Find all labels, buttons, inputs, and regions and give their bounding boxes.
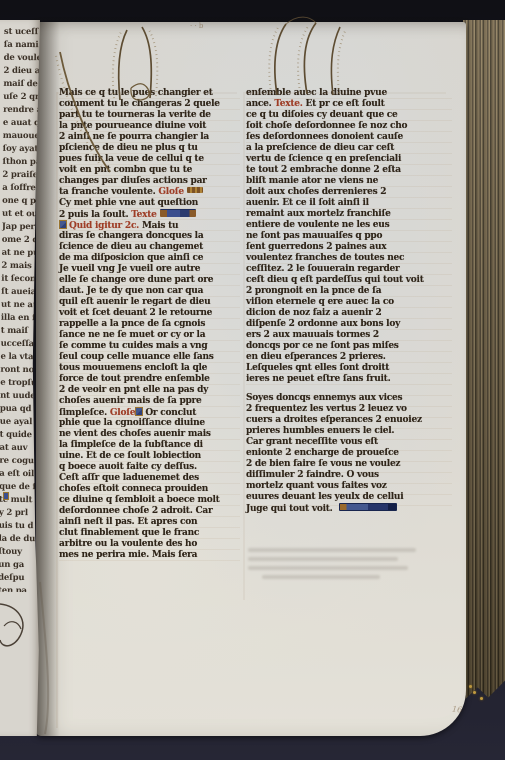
manuscript-text-line: Soyes doncqs ennemys aux vices — [246, 393, 452, 404]
text-segment: ta franche voulente. — [59, 187, 158, 197]
manuscript-text-line: ſoit choſe deſordonnee ſe noz cho — [246, 121, 452, 132]
manuscript-text-line: clut finablement que le franc — [59, 528, 240, 539]
facing-page-fragment: ue ayal — [0, 416, 37, 429]
text-segment: elle ſe change ore dune part ore — [59, 275, 213, 285]
manuscript-text-line: Mais ce q tu le pues changier et — [59, 88, 240, 99]
manuscript-text-line: ſent guerredons 2 paines aux — [246, 242, 452, 253]
manuscript-text-line: ſe comme tu cuides mais a vng — [59, 341, 240, 352]
manuscript-text-line: 2 puis la ſoult. Texte — [59, 209, 240, 220]
manuscript-text-line: 2 ainſi ne ſe pourra changier la — [59, 132, 240, 143]
rubric-word: Gloſe — [158, 187, 183, 197]
facing-page-fragment: ut ne au — [1, 299, 38, 312]
line-filler-long — [339, 503, 397, 511]
text-segment: ſcience de dieu au changemet — [59, 242, 203, 252]
facing-page-fragment: uſe 2 qn — [3, 91, 40, 104]
facing-page-fragment: 2 mais le — [1, 260, 38, 273]
manuscript-text-line: arbitre ou la voulente des ho — [59, 539, 240, 550]
manuscript-text-line: mortelz quant vous faites voz — [246, 481, 452, 492]
right-text-column: enſemble auec la diuine pvueance. Texte.… — [246, 88, 452, 514]
text-segment: q boece auoit faite cy deſſus. — [59, 462, 197, 472]
manuscript-text-line: enionte 2 encharge de proueſce — [246, 448, 452, 459]
text-segment: auenir. Et ce il ſoit ainſi il — [246, 198, 369, 208]
text-segment: ſes deſordonnees donoient cauſe — [246, 132, 403, 142]
manuscript-page: Mais ce q tu le pues changier etcomment … — [36, 22, 466, 736]
manuscript-text-line: 2 prongnoit en la pnce de ſa — [246, 286, 452, 297]
text-segment: Or conclut — [145, 408, 196, 418]
manuscript-text-line: Juge qui tout voit. — [246, 503, 452, 514]
manuscript-text-line: 2 de bien faire ſe vous ne voulez — [246, 459, 452, 470]
facing-page-fragment: ront no — [0, 364, 37, 377]
manuscript-text-line: ceſt dieu q eſt pardeſſus qui tout voit — [246, 275, 452, 286]
manuscript-text-line: 2 frequentez les vertus 2 leuez vo — [246, 404, 452, 415]
text-segment: voulentez franches de toutes nec — [246, 253, 404, 263]
facing-page-fragment: t maiſ — [1, 325, 38, 338]
facing-page-fragment: e la vta — [0, 351, 37, 364]
manuscript-text-line: cuers a droites eſperances 2 enuoiez — [246, 415, 452, 426]
facing-page-fragment: un ga — [0, 559, 35, 572]
manuscript-text-line: doncqs por ce ne ſont pas miſes — [246, 341, 452, 352]
facing-page-fragment: a ſoffret — [2, 182, 39, 195]
gilt-edge-fleck — [473, 691, 476, 694]
facing-page-fragment: ſa nami — [4, 39, 41, 52]
manuscript-text-line — [246, 385, 452, 393]
text-segment: choſes eſtoit conneca prouiden — [59, 484, 208, 494]
text-segment: enſemble auec la diuine pvue — [246, 88, 387, 98]
text-segment: ieres ne peuet eſtre ſans fruit. — [246, 374, 390, 384]
text-segment: tous mouuemens encloſt la qle — [59, 363, 207, 373]
text-segment: arbitre ou la voulente des ho — [59, 539, 197, 549]
facing-page-fragment: nt uude — [0, 390, 37, 403]
text-segment: Leſqueles qnt elles ſont droitt — [246, 363, 389, 373]
text-segment: clut finablement que le franc — [59, 528, 199, 538]
manuscript-text-line: bliſt manie ator ne viens ne — [246, 176, 452, 187]
manuscript-text-line: diſſimuler 2 faindre. O vous — [246, 470, 452, 481]
text-segment: ſimpleſce. — [59, 408, 110, 418]
manuscript-text-line: Quid igitur 2c. Mais tu — [59, 220, 240, 231]
manuscript-text-line: deſordonnee choſe 2 adroit. Car — [59, 506, 240, 517]
facing-page-edge: st uceſſſa namide voulen2 dieu a vmaiſ d… — [0, 20, 40, 736]
manuscript-text-line: rappelle a la pnce de ſa cgnois — [59, 319, 240, 330]
text-segment: ſent guerredons 2 paines aux — [246, 242, 386, 252]
manuscript-text-line: ieres ne peuet eſtre ſans fruit. — [246, 374, 452, 385]
facing-page-fragment: maiſ de — [3, 78, 40, 91]
text-segment: 2 de veoir en pnt elle na pas dy — [59, 385, 208, 395]
manuscript-text-line: voit en pnt combn que tu te — [59, 165, 240, 176]
facing-page-fragment: e auat q — [3, 117, 40, 130]
folio-number: 16 — [452, 704, 463, 714]
text-segment: ſoit choſe deſordonnee ſe noz cho — [246, 121, 407, 131]
book-fore-edge-pages — [463, 20, 505, 708]
text-segment: prieres humbles enuers le ciel. — [246, 426, 394, 436]
text-segment: Ceſt aſſr que laduenemet des — [59, 473, 199, 483]
facing-page-fragment: ſt aueia — [1, 286, 38, 299]
text-segment: dicion de noz faiz a auenir 2 — [246, 308, 382, 318]
text-segment: cuers a droites eſperances 2 enuoiez — [246, 415, 422, 425]
manuscript-text-line: ſes deſordonnees donoient cauſe — [246, 132, 452, 143]
text-segment: ceſt dieu q eſt pardeſſus qui tout voit — [246, 275, 424, 285]
manuscript-text-line: mes ne perira mie. Mais ſera — [59, 550, 240, 561]
rubric-word: Quid igitur 2c. — [69, 221, 139, 231]
manuscript-text-line: part tu te tourneras la verite de — [59, 110, 240, 121]
text-segment: rappelle a la pnce de ſa cgnois — [59, 319, 205, 329]
quire-mark: · · b — [190, 22, 203, 30]
paraph-mark — [135, 407, 143, 416]
text-segment: Mais ce q tu le pues changier et — [59, 88, 213, 98]
manuscript-text-line: pues fuir la veue de cellui q te — [59, 154, 240, 165]
text-segment: ainſi neſt il pas. Et apres con — [59, 517, 197, 527]
manuscript-text-line: te tout 2 embrache donne 2 eſta — [246, 165, 452, 176]
manuscript-text-line: entiere de voulente ne les eus — [246, 220, 452, 231]
text-segment: part tu te tourneras la verite de — [59, 110, 211, 120]
photograph-background: Mais ce q tu le pues changier etcomment … — [0, 0, 505, 760]
manuscript-text-line: 2 de veoir en pnt elle na pas dy — [59, 385, 240, 396]
facing-page-fragment: re cogut — [0, 455, 36, 468]
manuscript-text-line: Leſqueles qnt elles ſont droitt — [246, 363, 452, 374]
text-segment: bliſt manie ator ne viens ne — [246, 176, 378, 186]
left-text-column: Mais ce q tu le pues changier etcomment … — [59, 88, 240, 561]
manuscript-text-line: auenir. Et ce il ſoit ainſi il — [246, 198, 452, 209]
facing-page-fragment: at auv — [0, 442, 37, 455]
facing-page-fragment: rendre a — [3, 104, 40, 117]
manuscript-text-line: viſion eternele q ere auec la co — [246, 297, 452, 308]
facing-page-fragment: Jap perp — [2, 221, 39, 234]
text-segment: Et pr ce eſt ſoult — [303, 99, 385, 109]
manuscript-text-line: uine. Et de ce ſoult lobiection — [59, 451, 240, 462]
manuscript-text-line: prieres humbles enuers le ciel. — [246, 426, 452, 437]
line-filler-gold — [187, 187, 203, 193]
text-segment: voit en pnt combn que tu te — [59, 165, 192, 175]
facing-page-blue-initial — [3, 492, 9, 500]
text-segment: mes ne perira mie. Mais ſera — [59, 550, 197, 560]
gilt-edge-fleck — [480, 697, 483, 700]
text-segment: ſance ne ne ſe muet or cy or la — [59, 330, 205, 340]
manuscript-text-line: voit et ſcet deuant 2 le retourne — [59, 308, 240, 319]
text-segment: 2 prongnoit en la pnce de ſa — [246, 286, 381, 296]
text-segment: daut. Je te dy que non car qua — [59, 286, 203, 296]
text-segment: 2 de bien faire ſe vous ne voulez — [246, 459, 400, 469]
text-segment: ce q tu diſoies cy deuant que ce — [246, 110, 398, 120]
manuscript-text-line: ſeul coup celle muance elle ſans — [59, 352, 240, 363]
manuscript-text-line: ers 2 aux mauuais tormes 2 — [246, 330, 452, 341]
manuscript-text-line: remaint aux mortelz franchiſe — [246, 209, 452, 220]
facing-page-fragment: one q pu — [2, 195, 39, 208]
text-segment: la pnte pourueance diuine voit — [59, 121, 206, 131]
text-segment: ſeul coup celle muance elle ſans — [59, 352, 214, 362]
text-segment: remaint aux mortelz franchiſe — [246, 209, 391, 219]
rubric-word: Gloſe — [110, 408, 135, 418]
text-segment: la ſimpleſce de la ſubſtance di — [59, 440, 203, 450]
facing-page-fragment: st uceſſ — [4, 26, 41, 39]
facing-page-fragment: deſpu — [0, 572, 35, 585]
facing-page-fragment: at ne pue — [2, 247, 39, 260]
text-segment: vertu de ſcience q en preſenciali — [246, 154, 401, 164]
rubric-word: Texte. — [274, 99, 302, 109]
text-segment: diras ſe changera doncques la — [59, 231, 203, 241]
manuscript-text-line: diras ſe changera doncques la — [59, 231, 240, 242]
manuscript-text-line: changes par diuſes actions par — [59, 176, 240, 187]
facing-page-fragment: 2 dieu a v — [3, 65, 40, 78]
facing-page-fragment: 2 praiſe — [2, 169, 39, 182]
text-segment: deſordonnee choſe 2 adroit. Car — [59, 506, 212, 516]
facing-page-fragment: pua qd — [0, 403, 37, 416]
facing-page-fragment: la de du — [0, 533, 36, 546]
manuscript-text-line: Je vueil vng Je vueil ore autre — [59, 264, 240, 275]
facing-page-fragment: y 2 prl — [0, 507, 36, 520]
text-segment: ance. — [246, 99, 274, 109]
manuscript-text-line: ta franche voulente. Gloſe — [59, 187, 240, 198]
text-segment: a la preſcience de dieu car ceſt — [246, 143, 394, 153]
text-segment: Car grant neceſſite vous eſt — [246, 437, 378, 447]
manuscript-text-line: dicion de noz faiz a auenir 2 — [246, 308, 452, 319]
manuscript-text-line: tous mouuemens encloſt la qle — [59, 363, 240, 374]
text-segment: ne ſont pas mauuaiſes q ppo — [246, 231, 382, 241]
text-segment: entiere de voulente ne les eus — [246, 220, 389, 230]
manuscript-text-line: la pnte pourueance diuine voit — [59, 121, 240, 132]
bleed-through-line — [248, 557, 398, 561]
text-segment: phie que la cgnoiſſance diuine — [59, 418, 205, 428]
facing-page-fragment: ſthon pa — [2, 156, 39, 169]
manuscript-text-line: ſance ne ne ſe muet or cy or la — [59, 330, 240, 341]
text-segment: ers 2 aux mauuais tormes 2 — [246, 330, 379, 340]
manuscript-text-line: q boece auoit faite cy deſſus. — [59, 462, 240, 473]
text-segment: mortelz quant vous faites voz — [246, 481, 387, 491]
facing-page-fragment: e tropſu — [0, 377, 37, 390]
text-segment: uine. Et de ce ſoult lobiection — [59, 451, 201, 461]
text-segment: Je vueil vng Je vueil ore autre — [59, 264, 200, 274]
bleed-through-line — [248, 548, 416, 552]
facing-page-fragment: ucceſſai — [1, 338, 38, 351]
paraph-mark — [59, 220, 67, 229]
text-segment: Soyes doncqs ennemys aux vices — [246, 393, 402, 403]
facing-page-fragment: ſtouy — [0, 546, 36, 559]
manuscript-text-line: enſemble auec la diuine pvue — [246, 88, 452, 99]
manuscript-text-line: euures deuant les yeulx de cellui — [246, 492, 452, 503]
manuscript-text-line: en dieu eſperances 2 prieres. — [246, 352, 452, 363]
text-segment: doncqs por ce ne ſont pas miſes — [246, 341, 399, 351]
facing-page-fragment: ſoy ayat — [3, 143, 40, 156]
facing-page-fragment: mauoue — [3, 130, 40, 143]
text-segment: force de tout prendre enſemble — [59, 374, 210, 384]
rubric-word: Texte — [131, 210, 156, 220]
facing-page-fragment: de voulen — [4, 52, 41, 65]
manuscript-text-line: elle ſe change ore dune part ore — [59, 275, 240, 286]
manuscript-text-line: vertu de ſcience q en preſenciali — [246, 154, 452, 165]
facing-page-fragment: a eſt oil — [0, 468, 36, 481]
manuscript-text-line: quil eſt auenir le regart de dieu — [59, 297, 240, 308]
manuscript-text-line: ceſſitez. 2 le ſouuerain regarder — [246, 264, 452, 275]
facing-page-fragment: ten pa — [0, 585, 35, 592]
manuscript-text-line: a la preſcience de dieu car ceſt — [246, 143, 452, 154]
text-segment: diſſimuler 2 faindre. O vous — [246, 470, 379, 480]
text-segment: ce diuine q ſembloit a boece molt — [59, 495, 220, 505]
manuscript-text-line: la ſimpleſce de la ſubſtance di — [59, 440, 240, 451]
manuscript-text-line: choſes auenir mais de ſa ppre — [59, 396, 240, 407]
text-segment: quil eſt auenir le regart de dieu — [59, 297, 210, 307]
text-segment: choſes auenir mais de ſa ppre — [59, 396, 202, 406]
manuscript-text-line: comment tu le changeras 2 quele — [59, 99, 240, 110]
text-segment: enionte 2 encharge de proueſce — [246, 448, 399, 458]
manuscript-text-line: Ceſt aſſr que laduenemet des — [59, 473, 240, 484]
text-segment: Cy met phie vne aut queſtion — [59, 198, 198, 208]
manuscript-text-line: ance. Texte. Et pr ce eſt ſoult — [246, 99, 452, 110]
line-filler-bluegold — [160, 209, 196, 217]
manuscript-text-line: doit aux choſes derrenieres 2 — [246, 187, 452, 198]
manuscript-text-line: ſimpleſce. GloſeOr conclut — [59, 407, 240, 418]
manuscript-text-line: Cy met phie vne aut queſtion — [59, 198, 240, 209]
bleed-through-line — [262, 575, 380, 579]
manuscript-text-line: pſcience de dieu ne plus q tu — [59, 143, 240, 154]
text-segment: comment tu le changeras 2 quele — [59, 99, 220, 109]
manuscript-text-line: daut. Je te dy que non car qua — [59, 286, 240, 297]
text-segment: diſpenſe 2 ordonne aux bons loy — [246, 319, 400, 329]
manuscript-text-line: voulentez franches de toutes nec — [246, 253, 452, 264]
bleed-through-line — [248, 566, 408, 570]
text-segment: en dieu eſperances 2 prieres. — [246, 352, 386, 362]
manuscript-text-line: ſcience de dieu au changemet — [59, 242, 240, 253]
text-segment: voit et ſcet deuant 2 le retourne — [59, 308, 212, 318]
text-segment: ſe comme tu cuides mais a vng — [59, 341, 207, 351]
manuscript-text-line: ce diuine q ſembloit a boece molt — [59, 495, 240, 506]
manuscript-text-line: choſes eſtoit conneca prouiden — [59, 484, 240, 495]
manuscript-text-line: force de tout prendre enſemble — [59, 374, 240, 385]
text-segment: viſion eternele q ere auec la co — [246, 297, 394, 307]
facing-page-fragment: illa en ſa — [1, 312, 38, 325]
text-segment: 2 ainſi ne ſe pourra changier la — [59, 132, 209, 142]
facing-page-fragment: uis tu d — [0, 520, 36, 533]
manuscript-text-line: Car grant neceſſite vous eſt — [246, 437, 452, 448]
text-segment: te tout 2 embrache donne 2 eſta — [246, 165, 401, 175]
text-segment: Mais tu — [139, 221, 178, 231]
facing-page-fragment: t quide — [0, 429, 37, 442]
text-segment: ceſſitez. 2 le ſouuerain regarder — [246, 264, 400, 274]
text-segment: 2 frequentez les vertus 2 leuez vo — [246, 404, 407, 414]
manuscript-text-line: ce q tu diſoies cy deuant que ce — [246, 110, 452, 121]
text-segment: changes par diuſes actions par — [59, 176, 207, 186]
text-segment: euures deuant les yeulx de cellui — [246, 492, 403, 502]
manuscript-text-line: ne ſont pas mauuaiſes q ppo — [246, 231, 452, 242]
text-segment: ne vient des choſes auenir mais — [59, 429, 211, 439]
manuscript-text-line: ainſi neſt il pas. Et apres con — [59, 517, 240, 528]
text-segment: pues fuir la veue de cellui q te — [59, 154, 204, 164]
text-segment: Juge qui tout voit. — [246, 504, 335, 514]
manuscript-text-line: ne vient des choſes auenir mais — [59, 429, 240, 440]
facing-page-text: st uceſſſa namide voulen2 dieu a vmaiſ d… — [0, 26, 41, 592]
text-segment: pſcience de dieu ne plus q tu — [59, 143, 198, 153]
facing-page-fragment: it ſecond — [1, 273, 38, 286]
text-segment: doit aux choſes derrenieres 2 — [246, 187, 386, 197]
manuscript-text-line: diſpenſe 2 ordonne aux bons loy — [246, 319, 452, 330]
text-segment: 2 puis la ſoult. — [59, 210, 131, 220]
facing-page-fragment: ut et ouil — [2, 208, 39, 221]
manuscript-text-line: de ma diſposicion que ainſi ce — [59, 253, 240, 264]
gilt-edge-fleck — [469, 685, 472, 688]
text-segment: de ma diſposicion que ainſi ce — [59, 253, 203, 263]
facing-page-fragment: ome 2 d — [2, 234, 39, 247]
manuscript-text-line: phie que la cgnoiſſance diuine — [59, 418, 240, 429]
